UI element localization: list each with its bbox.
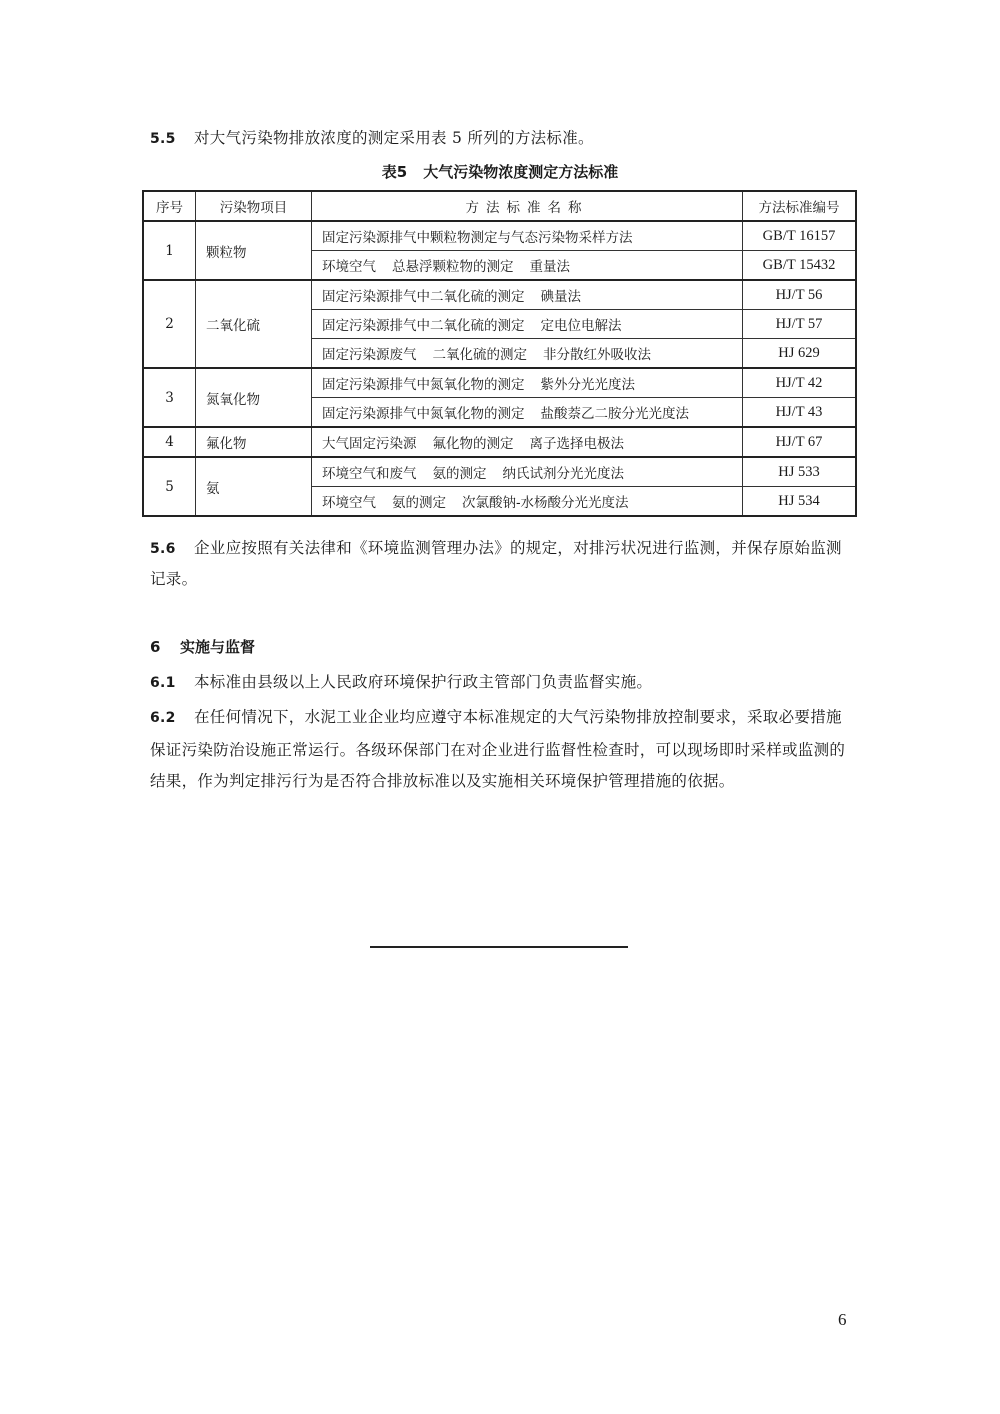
method-part: 氟化物的测定	[433, 436, 514, 452]
table-caption: 表5大气污染物浓度测定方法标准	[0, 160, 1000, 184]
table-body: 1颗粒物固定污染源排气中颗粒物测定与气态污染物采样方法GB/T 16157环境空…	[143, 221, 856, 516]
section-6-heading: 6实施与监督	[150, 633, 255, 662]
clause-number: 6.1	[150, 669, 194, 699]
cell-pollutant: 二氧化硫	[196, 280, 312, 368]
page-number: 6	[838, 1310, 847, 1330]
cell-standard-code: HJ 534	[743, 487, 857, 517]
clause-text: 对大气污染物排放浓度的测定采用表 5 所列的方法标准。	[194, 129, 594, 147]
cell-method-name: 固定污染源废气二氧化硫的测定非分散红外吸收法	[312, 339, 743, 369]
method-part: 环境空气	[322, 495, 376, 511]
header-code: 方法标准编号	[743, 191, 857, 221]
clause-5-5: 5.5对大气污染物排放浓度的测定采用表 5 所列的方法标准。	[150, 124, 850, 155]
table-header-row: 序号 污染物项目 方法标准名称 方法标准编号	[143, 191, 856, 221]
cell-standard-code: HJ 533	[743, 457, 857, 487]
method-part: 二氧化硫的测定	[433, 347, 528, 363]
cell-standard-code: HJ 629	[743, 339, 857, 369]
method-part: 总悬浮颗粒物的测定	[392, 259, 514, 275]
cell-no: 5	[143, 457, 196, 516]
table-row: 1颗粒物固定污染源排气中颗粒物测定与气态污染物采样方法GB/T 16157	[143, 221, 856, 251]
cell-method-name: 环境空气氨的测定次氯酸钠-水杨酸分光光度法	[312, 487, 743, 517]
clause-6-2: 6.2在任何情况下，水泥工业企业均应遵守本标准规定的大气污染物排放控制要求，采取…	[150, 702, 850, 798]
method-part: 环境空气	[322, 259, 376, 275]
cell-pollutant: 氟化物	[196, 427, 312, 457]
cell-standard-code: HJ/T 56	[743, 280, 857, 310]
method-part: 碘量法	[541, 289, 582, 305]
cell-method-name: 固定污染源排气中氮氧化物的测定盐酸萘乙二胺分光光度法	[312, 398, 743, 428]
cell-method-name: 大气固定污染源氟化物的测定离子选择电极法	[312, 427, 743, 457]
header-no: 序号	[143, 191, 196, 221]
method-part: 非分散红外吸收法	[543, 347, 651, 363]
section-title: 实施与监督	[180, 638, 255, 656]
clause-text: 本标准由县级以上人民政府环境保护行政主管部门负责监督实施。	[194, 673, 652, 691]
method-part: 固定污染源排气中二氧化硫的测定	[322, 318, 525, 334]
cell-no: 4	[143, 427, 196, 457]
method-part: 大气固定污染源	[322, 436, 417, 452]
clause-text: 企业应按照有关法律和《环境监测管理办法》的规定，对排污状况进行监测，并保存原始监…	[150, 539, 842, 588]
method-part: 次氯酸钠-水杨酸分光光度法	[462, 495, 629, 511]
method-part: 盐酸萘乙二胺分光光度法	[541, 406, 690, 422]
cell-pollutant: 颗粒物	[196, 221, 312, 280]
method-standards-table: 序号 污染物项目 方法标准名称 方法标准编号 1颗粒物固定污染源排气中颗粒物测定…	[142, 190, 857, 517]
cell-standard-code: GB/T 16157	[743, 221, 857, 251]
cell-standard-code: HJ/T 43	[743, 398, 857, 428]
table-row: 4氟化物大气固定污染源氟化物的测定离子选择电极法HJ/T 67	[143, 427, 856, 457]
header-method: 方法标准名称	[312, 191, 743, 221]
cell-method-name: 环境空气总悬浮颗粒物的测定重量法	[312, 251, 743, 281]
table-row: 3氮氧化物固定污染源排气中氮氧化物的测定紫外分光光度法HJ/T 42	[143, 368, 856, 398]
method-part: 固定污染源排气中二氧化硫的测定	[322, 289, 525, 305]
method-part: 固定污染源排气中氮氧化物的测定	[322, 377, 525, 393]
method-part: 氨的测定	[433, 466, 487, 482]
method-part: 固定污染源排气中颗粒物测定与气态污染物采样方法	[322, 230, 633, 246]
method-part: 环境空气和废气	[322, 466, 417, 482]
cell-no: 3	[143, 368, 196, 427]
clause-number: 5.6	[150, 535, 194, 565]
cell-no: 2	[143, 280, 196, 368]
method-part: 固定污染源排气中氮氧化物的测定	[322, 406, 525, 422]
clause-5-6: 5.6企业应按照有关法律和《环境监测管理办法》的规定，对排污状况进行监测，并保存…	[150, 534, 850, 594]
method-part: 重量法	[530, 259, 571, 275]
section-number: 6	[150, 633, 180, 662]
table-number: 表5	[382, 163, 407, 181]
table-title: 大气污染物浓度测定方法标准	[423, 163, 618, 181]
cell-method-name: 环境空气和废气氨的测定纳氏试剂分光光度法	[312, 457, 743, 487]
header-item: 污染物项目	[196, 191, 312, 221]
cell-method-name: 固定污染源排气中二氧化硫的测定定电位电解法	[312, 310, 743, 339]
clause-number: 6.2	[150, 703, 194, 735]
cell-method-name: 固定污染源排气中二氧化硫的测定碘量法	[312, 280, 743, 310]
clause-number: 5.5	[150, 125, 194, 155]
method-part: 紫外分光光度法	[541, 377, 636, 393]
method-part: 纳氏试剂分光光度法	[503, 466, 625, 482]
cell-pollutant: 氨	[196, 457, 312, 516]
end-rule	[370, 946, 628, 948]
clause-6-1: 6.1本标准由县级以上人民政府环境保护行政主管部门负责监督实施。	[150, 668, 850, 699]
cell-standard-code: HJ/T 42	[743, 368, 857, 398]
method-part: 固定污染源废气	[322, 347, 417, 363]
method-part: 离子选择电极法	[530, 436, 625, 452]
table-row: 5氨环境空气和废气氨的测定纳氏试剂分光光度法HJ 533	[143, 457, 856, 487]
table-row: 2二氧化硫固定污染源排气中二氧化硫的测定碘量法HJ/T 56	[143, 280, 856, 310]
cell-standard-code: HJ/T 57	[743, 310, 857, 339]
cell-standard-code: GB/T 15432	[743, 251, 857, 281]
method-part: 氨的测定	[392, 495, 446, 511]
cell-method-name: 固定污染源排气中颗粒物测定与气态污染物采样方法	[312, 221, 743, 251]
cell-method-name: 固定污染源排气中氮氧化物的测定紫外分光光度法	[312, 368, 743, 398]
method-part: 定电位电解法	[541, 318, 622, 334]
clause-text: 在任何情况下，水泥工业企业均应遵守本标准规定的大气污染物排放控制要求，采取必要措…	[150, 708, 845, 790]
cell-pollutant: 氮氧化物	[196, 368, 312, 427]
cell-standard-code: HJ/T 67	[743, 427, 857, 457]
cell-no: 1	[143, 221, 196, 280]
